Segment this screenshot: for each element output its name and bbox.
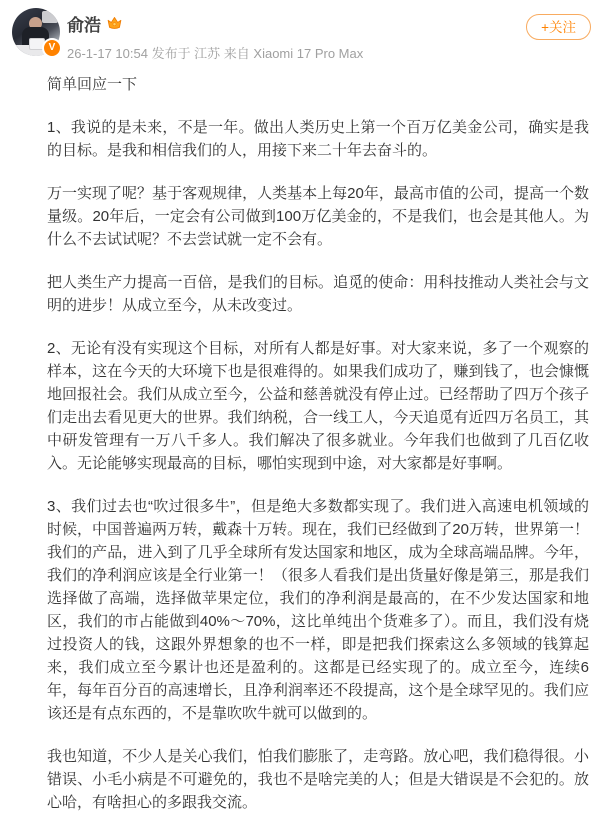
post-body: 简单回应一下 1、我说的是未来，不是一年。做出人类历史上第一个百万亿美金公司，确… bbox=[0, 64, 600, 814]
weibo-post-page: V 俞浩 26-1-17 10:54 发布于 江苏 来自 Xiaomi 17 P… bbox=[0, 0, 600, 827]
username[interactable]: 俞浩 bbox=[67, 11, 101, 36]
crown-icon bbox=[106, 15, 123, 32]
post-paragraph-title: 简单回应一下 bbox=[47, 73, 589, 96]
post-paragraph: 我也知道，不少人是关心我们，怕我们膨胀了，走弯路。放心吧，我们稳得很。小错误、小… bbox=[47, 745, 589, 814]
post-paragraph: 3、我们过去也“吹过很多牛”，但是绝大多数都实现了。我们进入高速电机领域的时候，… bbox=[47, 495, 589, 725]
post-paragraph: 1、我说的是未来，不是一年。做出人类历史上第一个百万亿美金公司，确实是我的目标。… bbox=[47, 116, 589, 162]
name-row: 俞浩 bbox=[67, 11, 363, 36]
post-paragraph: 把人类生产力提高一百倍，是我们的目标。追觅的使命：用科技推动人类社会与文明的进步… bbox=[47, 271, 589, 317]
avatar-photo-detail bbox=[42, 11, 58, 23]
header-main: 俞浩 26-1-17 10:54 发布于 江苏 来自 Xiaomi 17 Pro… bbox=[67, 11, 363, 62]
weibo-verified-v-icon: V bbox=[42, 38, 62, 58]
follow-button[interactable]: +关注 bbox=[526, 14, 591, 40]
post-paragraph: 2、无论有没有实现这个目标，对所有人都是好事。对大家来说，多了一个观察的样本，这… bbox=[47, 337, 589, 475]
post-paragraph: 万一实现了呢？基于客观规律，人类基本上每20年，最高市值的公司，提高一个数量级。… bbox=[47, 182, 589, 251]
avatar[interactable]: V bbox=[12, 8, 60, 56]
post-meta-line: 26-1-17 10:54 发布于 江苏 来自 Xiaomi 17 Pro Ma… bbox=[67, 43, 363, 62]
post-header: V 俞浩 26-1-17 10:54 发布于 江苏 来自 Xiaomi 17 P… bbox=[0, 0, 600, 64]
